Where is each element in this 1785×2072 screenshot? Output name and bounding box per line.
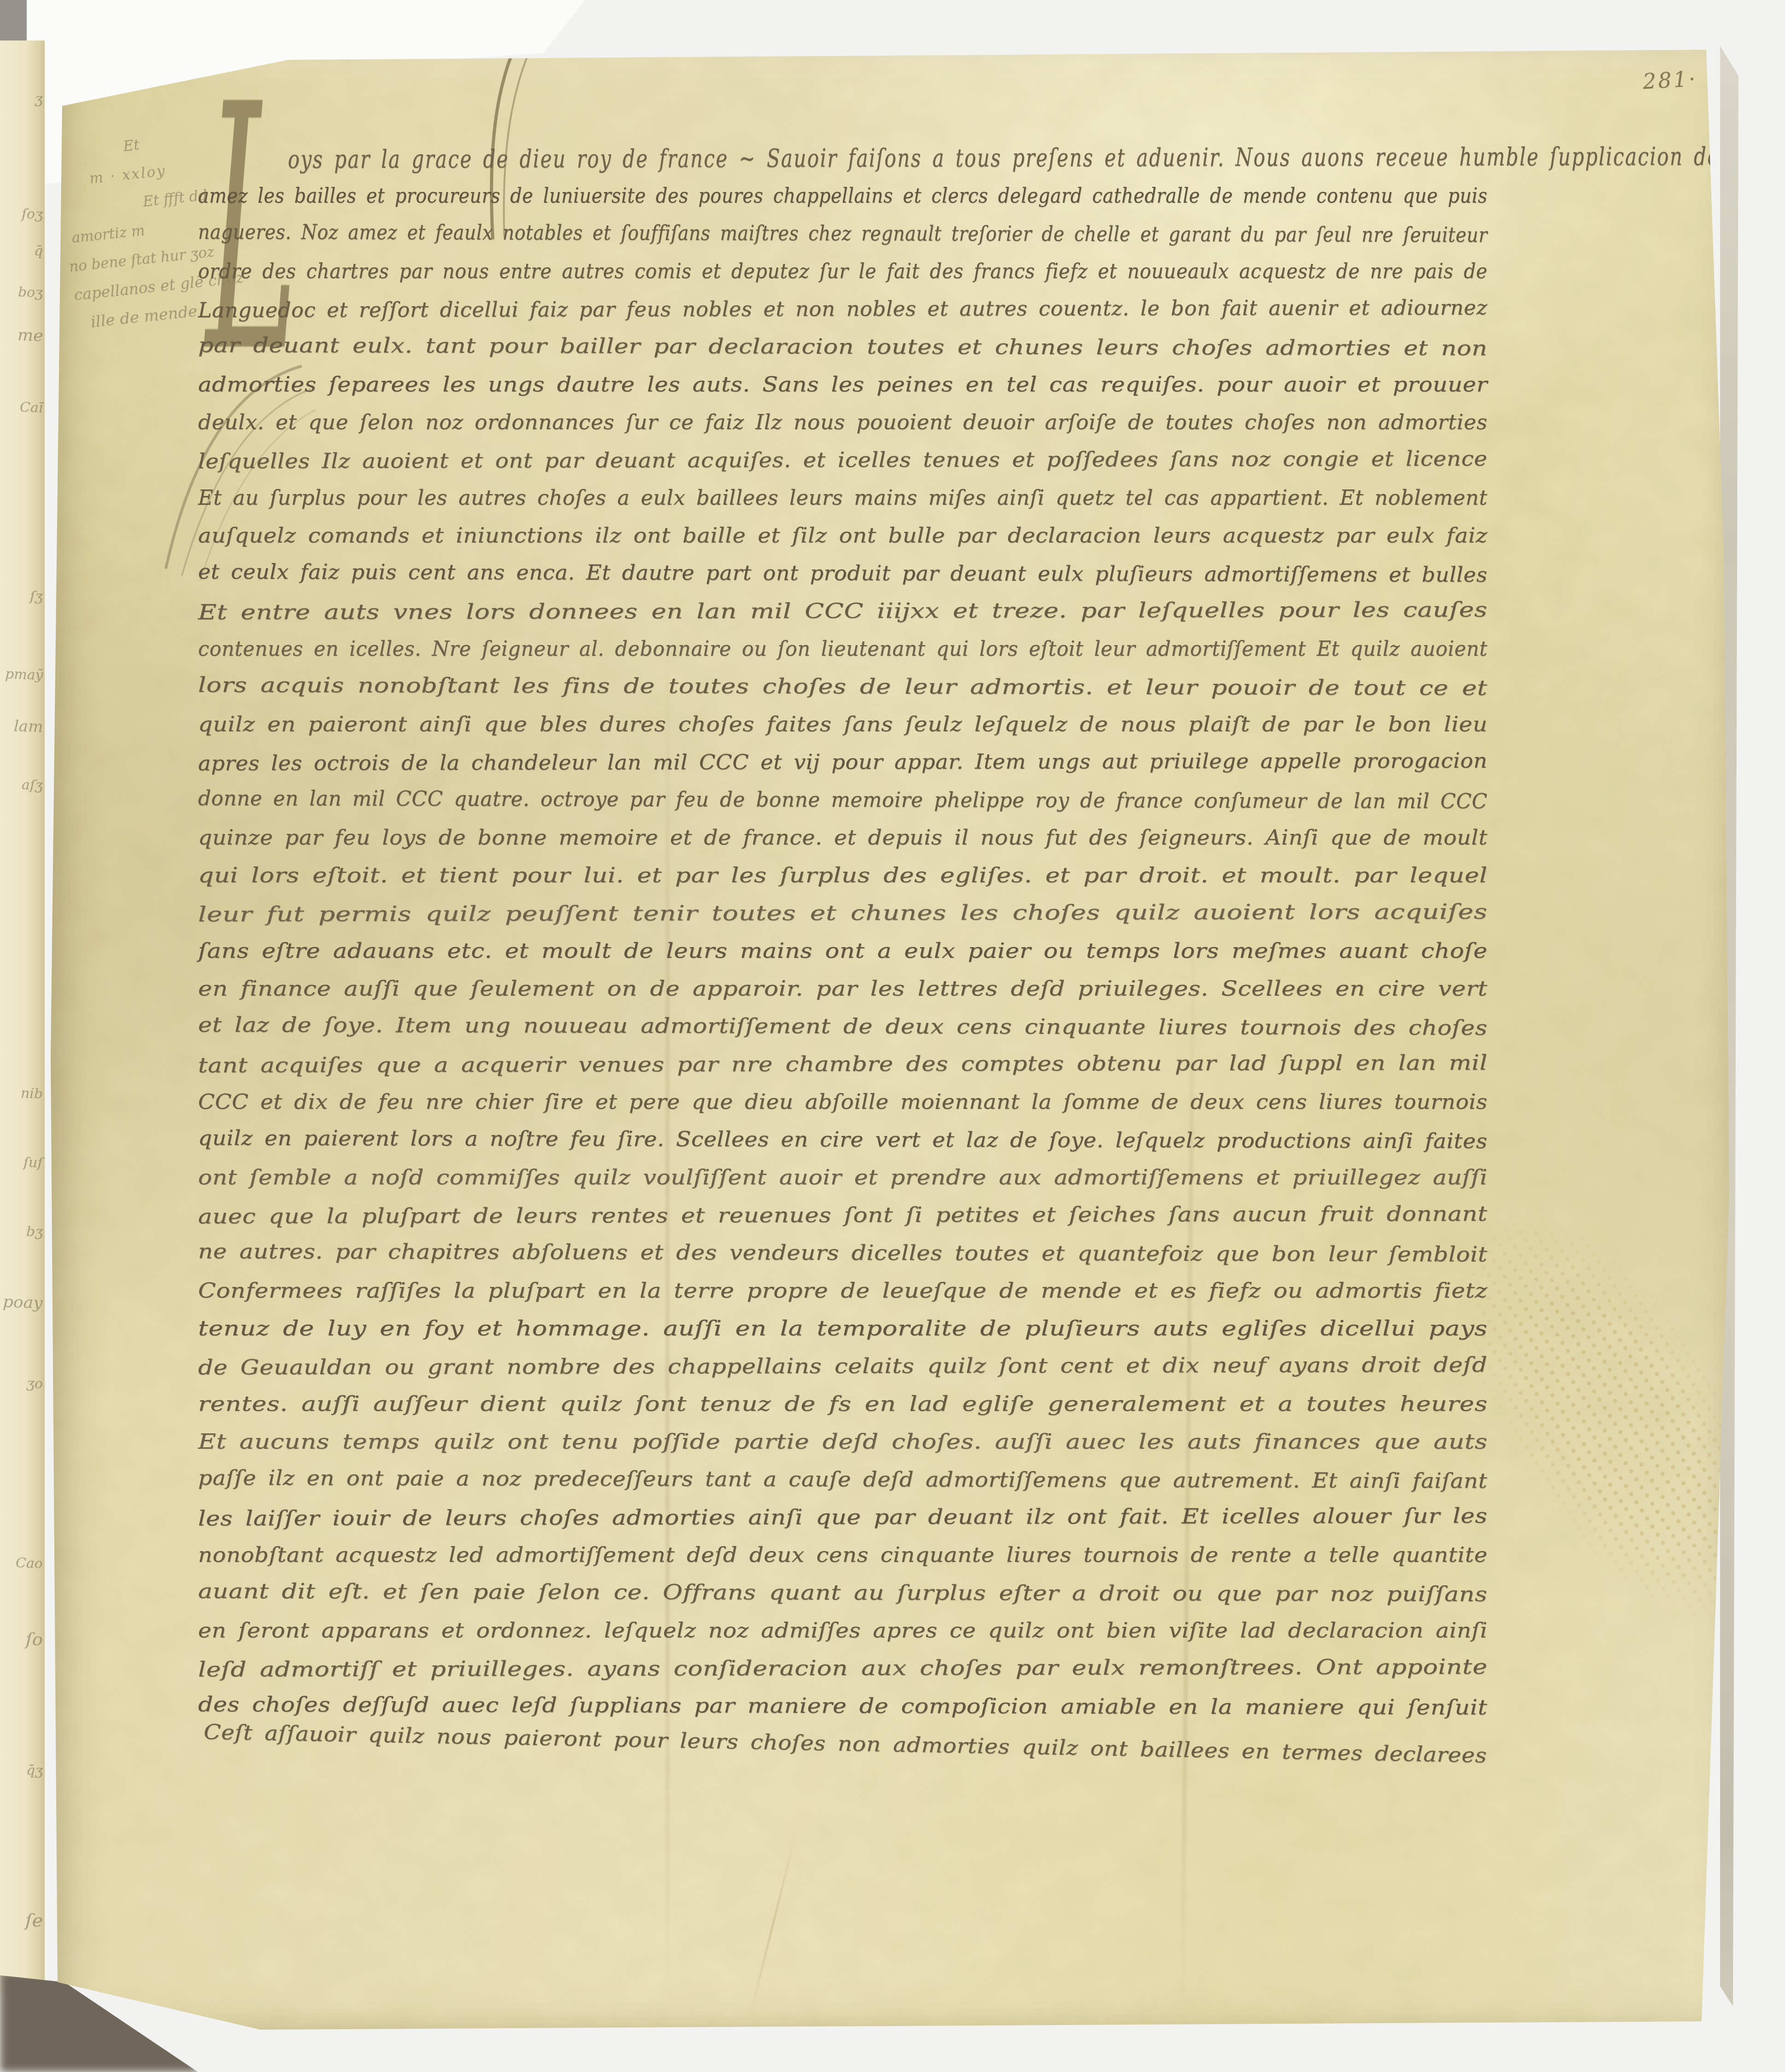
manuscript-text-line: deulx. et que ſelon noz ordonnances ſur … <box>198 404 1487 442</box>
photo-backdrop: ʒſoʒq̄boʒmeCaīſʒpmaỹlamaſʒnibſuſbʒpoayʒo… <box>0 0 1785 2072</box>
manuscript-text-line: et ceulx faiz puis cent ans enca. Et dau… <box>198 553 1487 594</box>
manuscript-text-line: Confermees raſſiſes la pluſpart en la te… <box>198 1272 1487 1310</box>
manuscript-text-line: quinze par feu loys de bonne memoire et … <box>198 819 1487 857</box>
manuscript-text-line: et laz de ſoye. Item ung nouueau admorti… <box>198 1007 1487 1048</box>
verso-text-fragment: lam <box>13 717 43 736</box>
verso-text-fragment: ſo <box>25 1629 43 1649</box>
manuscript-text-line: amez les bailles et procureurs de luniue… <box>198 177 1487 215</box>
verso-text-fragment: nib <box>20 1085 43 1102</box>
manuscript-text-line: quilz en paierent lors a noſtre feu ſire… <box>198 1120 1487 1161</box>
verso-text-fragment: ſʒ <box>29 588 43 605</box>
manuscript-text-line: Et au ſurplus pour les autres choſes a e… <box>198 479 1487 517</box>
verso-text-fragment: me <box>17 326 43 345</box>
manuscript-text-line: rentes. auſſi auſſeur dient quilz ſont t… <box>198 1385 1487 1423</box>
folio-number: 281· <box>1642 66 1698 94</box>
manuscript-text-line: auant dit eſt. et ſen paie ſelon ce. Off… <box>198 1573 1487 1614</box>
verso-text-fragment: q̄ <box>34 243 43 260</box>
manuscript-text-line: nonobſtant acquestz led admortiſſement d… <box>198 1537 1487 1574</box>
manuscript-text-line: contenues en icelles. Nre ſeigneur al. d… <box>198 630 1487 668</box>
manuscript-text-line: leſquelles Ilz auoient et ont par deuant… <box>198 440 1487 481</box>
manuscript-text-line: CCC et dix de feu nre chier ſire et pere… <box>198 1083 1487 1121</box>
verso-text-fragment: ſe <box>25 1909 43 1931</box>
manuscript-text-line: paſſe ilz en ont paie a noz predeceſſeur… <box>198 1460 1487 1501</box>
verso-text-fragment: bʒ <box>26 1223 43 1240</box>
manuscript-text-line: Languedoc et reſſort dicellui faiz par f… <box>198 289 1487 330</box>
manuscript-text-line: ordre des chartres par nous entre autres… <box>198 253 1487 291</box>
manuscript-text-line: par deuant eulx. tant pour bailler par d… <box>198 327 1487 368</box>
manuscript-text-line: Et entre auts vnes lors donnees en lan m… <box>198 591 1487 632</box>
verso-text-fragment: aſʒ <box>21 777 43 794</box>
verso-text-fragment: poay <box>3 1292 43 1313</box>
manuscript-text-line: oys par la grace de dieu roy de france ~… <box>198 138 1487 179</box>
parchment-scratch <box>748 1833 796 2021</box>
manuscript-text-line: auſquelz comands et iniunctions ilz ont … <box>198 517 1487 555</box>
manuscript-text-line: leur fut permis quilz peuſſent tenir tou… <box>198 893 1487 934</box>
manuscript-text-line: donne en lan mil CCC quatre. octroye par… <box>198 780 1487 821</box>
manuscript-text-line: les laiſſer iouir de leurs choſes admort… <box>198 1497 1487 1538</box>
manuscript-text-line: tant acquiſes que a acquerir venues par … <box>198 1044 1487 1085</box>
manuscript-text-line: quilz en paieront ainſi que bles dures c… <box>198 706 1487 744</box>
verso-text-fragment: Caī <box>19 399 43 416</box>
manuscript-text-line: qui lors eſtoit. et tient pour lui. et p… <box>198 857 1487 895</box>
manuscript-text-line: leſd admortiſſ et priuilleges. ayans con… <box>198 1648 1487 1689</box>
manuscript-text-line: lors acquis nonobſtant les fins de toute… <box>198 667 1487 708</box>
verso-text-fragment: Cao <box>16 1555 43 1572</box>
verso-text-fragment: ʒo <box>26 1375 43 1392</box>
manuscript-page: 281· Etm · xxloyEt ffft ddamortiz mno be… <box>44 44 1734 2033</box>
verso-text-fragment: boʒ <box>17 284 43 301</box>
manuscript-text-line: ſans eſtre adauans etc. et moult de leur… <box>198 932 1487 970</box>
verso-text-fragment: ʒ <box>35 91 43 108</box>
charter-text-block: oys par la grace de dieu roy de france ~… <box>198 140 1487 1763</box>
manuscript-text-line: auec que la pluſpart de leurs rentes et … <box>198 1195 1487 1236</box>
manuscript-text-line: ne autres. par chapitres abſoluens et de… <box>198 1233 1487 1274</box>
manuscript-text-line: en ſeront apparans et ordonnez. leſquelz… <box>198 1612 1487 1650</box>
manuscript-text-line: de Geuauldan ou grant nombre des chappel… <box>198 1346 1487 1387</box>
verso-text-fragment: ſoʒ <box>21 206 43 223</box>
verso-text-fragment: pmaỹ <box>5 666 43 684</box>
verso-text-fragment: ſuſ <box>23 1154 43 1171</box>
manuscript-text-line: ont ſemble a noſd commiſſes quilz voulſi… <box>198 1159 1487 1197</box>
manuscript-text-line: tenuz de luy en foy et hommage. auſſi en… <box>198 1310 1487 1348</box>
manuscript-text-line: en finance auſſi que ſeulement on de app… <box>198 970 1487 1008</box>
manuscript-text-line: Et aucuns temps quilz ont tenu poſſide p… <box>198 1423 1487 1461</box>
manuscript-text-line: nagueres. Noz amez et feaulx notables et… <box>198 214 1487 255</box>
verso-text-fragment: q̄ʒ <box>26 1762 43 1779</box>
manuscript-text-line: admorties ſeparees les ungs dautre les a… <box>198 366 1487 404</box>
previous-leaf-edge: ʒſoʒq̄boʒmeCaīſʒpmaỹlamaſʒnibſuſbʒpoayʒo… <box>0 41 45 1998</box>
manuscript-text-line: apres les octrois de la chandeleur lan m… <box>198 742 1487 783</box>
